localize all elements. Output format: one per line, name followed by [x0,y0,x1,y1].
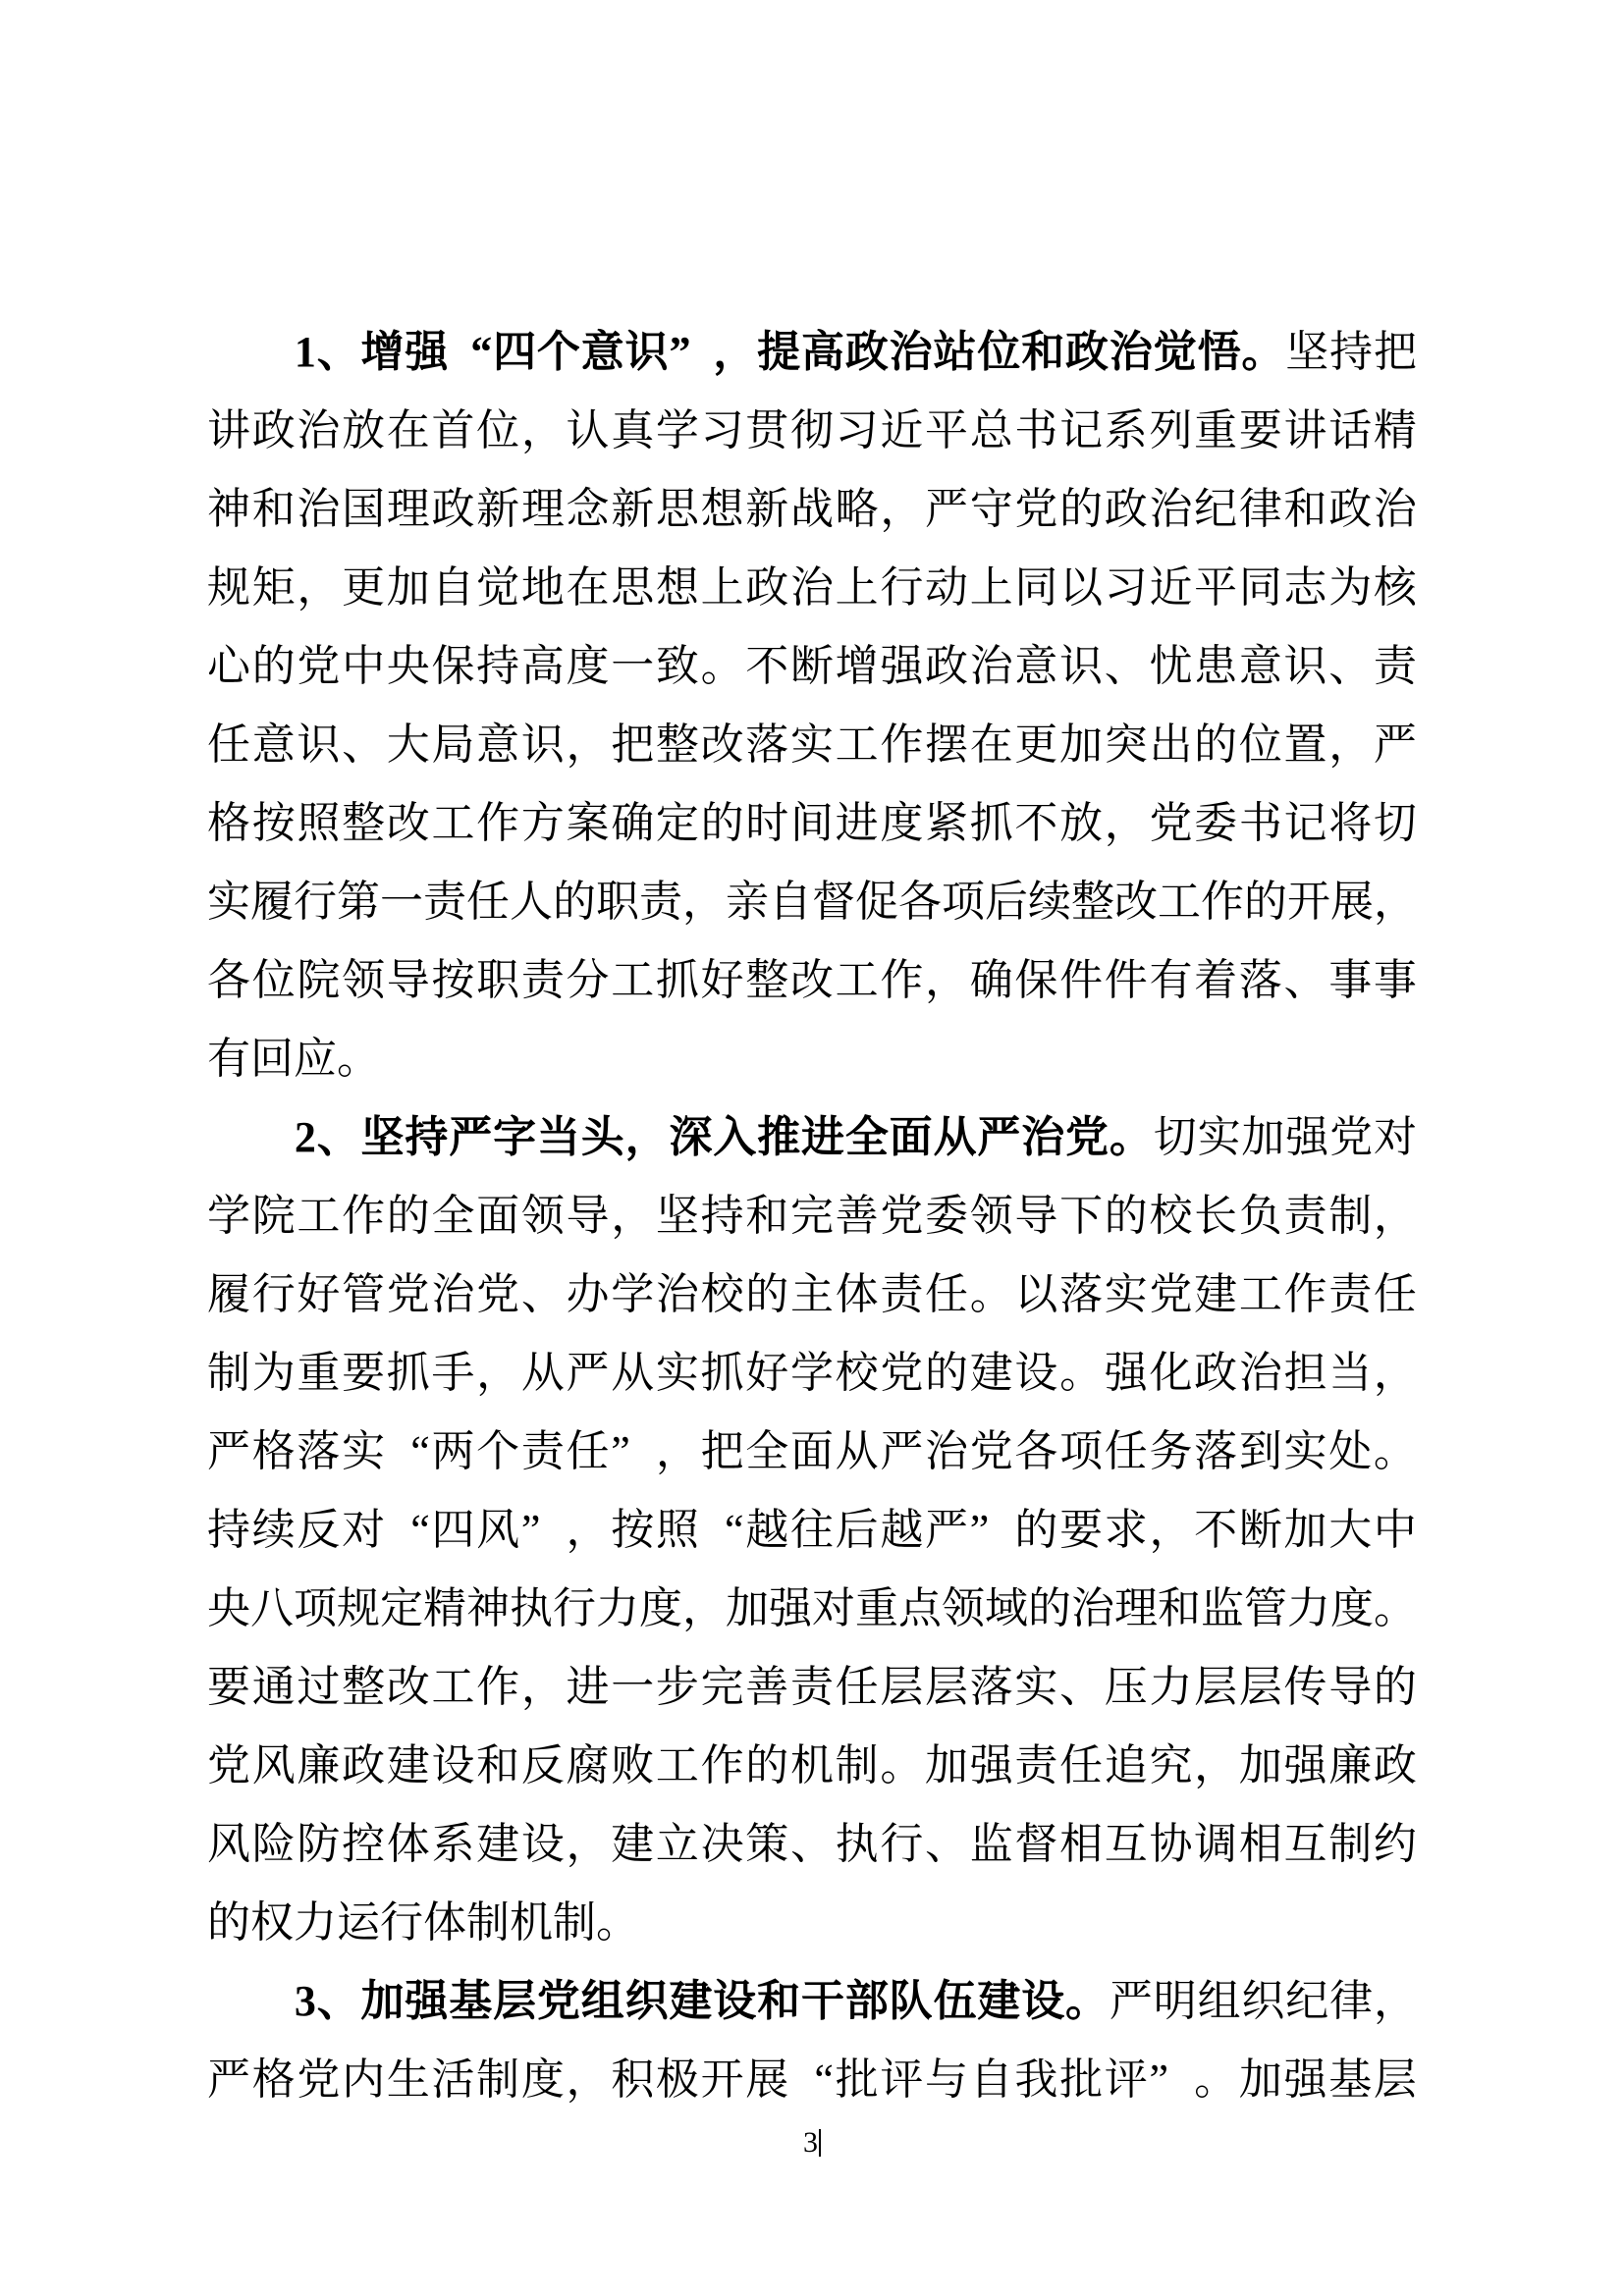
first-line-indent [207,2002,294,2002]
body-char: 工 [656,1727,699,1805]
body-char: 各 [207,941,250,1020]
body-char: 意 [476,706,519,784]
body-char: 的 [1028,1570,1071,1648]
body-char: 责 [790,1648,834,1727]
body-char: 治 [1239,1334,1282,1413]
heading-char: ， [713,313,756,392]
body-char: 作 [342,1177,385,1255]
body-char: 和 [745,1177,788,1255]
body-char: 制 [1328,1177,1372,1255]
body-char: 书 [1014,392,1057,470]
body-char: 领 [521,1177,565,1255]
text-line: 实履行第一责任人的职责，亲自督促各项后续整改工作的开展， [207,863,1417,941]
body-char: 紧 [925,784,968,863]
body-char: 决 [701,1805,744,1884]
document-body: 1、增强“四个意识”，提高政治站位和政治觉悟。坚持把讲政治放在首位，认真学习贯彻… [207,313,1417,2119]
body-char: 近 [880,392,923,470]
body-char: 严 [925,470,968,549]
body-char: 防 [297,1805,340,1884]
body-char: 格 [207,784,250,863]
body-char: 党 [970,1413,1013,1491]
body-char: 完 [790,1177,834,1255]
body-char: 校 [836,1334,879,1413]
body-char: 。 [1374,1413,1417,1491]
heading-char: 队 [890,1962,933,2041]
body-char: 坚 [1285,313,1328,392]
body-char: 摆 [925,706,968,784]
body-char: 好 [745,1334,788,1413]
heading-char: 头 [581,1098,624,1177]
text-line: 严格党内生活制度，积极开展“批评与自我批评”。加强基层 [207,2041,1417,2119]
heading-char: 强 [405,313,448,392]
body-char: 的 [207,1884,250,1962]
body-char: 精 [423,1570,466,1648]
body-char: 实 [207,863,250,941]
body-char: ， [1374,1962,1417,2041]
text-line: 各位院领导按职责分工抓好整改工作，确保件件有着落、事事 [207,941,1417,1020]
body-char: 任 [1105,1413,1148,1491]
body-char: 地 [521,549,565,627]
body-char: 照 [656,1491,699,1570]
body-char: 出 [1149,706,1192,784]
body-char: 。 [337,1020,380,1098]
body-char: 党 [1149,784,1192,863]
body-char: 明 [1154,1962,1197,2041]
body-char: 开 [701,2041,744,2119]
body-char: 开 [1287,863,1330,941]
heading-char: 觉 [1154,313,1197,392]
body-char: 不 [1014,784,1057,863]
body-char: “ [790,2041,834,2119]
text-line: 风险防控体系建设，建立决策、执行、监督相互协调相互制约 [207,1805,1417,1884]
body-char: 实 [656,1334,699,1413]
body-char: 党 [387,1255,430,1334]
body-char: ， [567,1491,610,1570]
body-char: 导 [387,941,430,1020]
body-char: 力 [1149,1648,1192,1727]
body-char: 严 [880,1413,923,1491]
body-char: 、 [1105,627,1148,706]
body-char: 讲 [207,392,250,470]
paragraph-3: 3、加强基层党组织建设和干部队伍建设。严明组织纪律，严格党内生活制度，积极开展“… [207,1962,1417,2119]
body-char: 通 [252,1648,296,1727]
body-char: 强 [970,1727,1013,1805]
body-char: 持 [701,1177,744,1255]
body-char: 建 [1194,1255,1237,1334]
text-line: 持续反对“四风”，按照“越往后越严”的要求，不断加大中 [207,1491,1417,1570]
body-char: 设 [1014,1334,1057,1413]
body-char: 确 [970,941,1013,1020]
heading-char: 持 [405,1098,448,1177]
body-char: 格 [252,2041,296,2119]
body-char: 识 [1059,627,1103,706]
body-char: 责 [521,1413,565,1491]
body-char: 处 [1328,1413,1372,1491]
body-char: 实 [1105,1255,1148,1334]
body-char: 行 [880,549,923,627]
body-char: 项 [942,863,985,941]
body-char: 持 [1329,313,1373,392]
body-char: 照 [297,784,340,863]
body-char: 断 [790,627,834,706]
body-char: 习 [701,392,744,470]
heading-char: 高 [801,313,844,392]
body-char: ” [521,1491,565,1570]
body-char: 理 [387,470,430,549]
heading-char: 加 [361,1962,405,2041]
body-char: 加 [726,1570,769,1648]
body-char: 建 [476,1805,519,1884]
heading-char: 设 [1021,1962,1064,2041]
body-char: 将 [1328,784,1372,863]
body-char: 工 [431,1648,474,1727]
body-char: 贯 [745,392,788,470]
body-char: 领 [342,941,385,1020]
body-char: 强 [1284,2041,1327,2119]
body-char: ， [682,1570,726,1648]
body-char: 领 [942,1570,985,1648]
body-char: 政 [431,470,474,549]
text-line: 的权力运行体制机制。 [207,1884,1417,1962]
body-char: 断 [1239,1491,1282,1570]
body-char: 理 [521,470,565,549]
heading-char: 四 [493,313,536,392]
body-char: 案 [567,784,610,863]
body-char: 的 [925,1334,968,1413]
body-char: 职 [596,863,639,941]
body-char: 层 [925,1648,968,1727]
body-char: 两 [431,1413,474,1491]
body-char: 放 [342,392,385,470]
heading-char: ， [625,1098,669,1177]
body-char: 的 [745,1255,788,1334]
body-char: 治 [790,549,834,627]
body-char: 讲 [1284,392,1327,470]
body-char: 念 [567,470,610,549]
body-char: 项 [1059,1413,1103,1491]
body-char: 按 [611,1491,654,1570]
body-char: 有 [1149,941,1192,1020]
body-char: 作 [701,1727,744,1805]
heading-char: 建 [977,1962,1020,2041]
body-char: 为 [1328,549,1372,627]
heading-char: 严 [449,1098,492,1177]
body-char: 层 [1374,2041,1417,2119]
body-char: 抓 [387,1334,430,1413]
body-char: 党 [207,1727,250,1805]
body-char: 改 [701,706,744,784]
body-char: 域 [985,1570,1028,1648]
body-char: ， [521,392,565,470]
body-char: 、 [925,1805,968,1884]
body-char: 央 [207,1570,250,1648]
body-char: ， [1328,706,1372,784]
body-char: 更 [342,549,385,627]
body-char: 体 [423,1884,466,1962]
body-char: 想 [701,470,744,549]
body-char: 落 [1194,1413,1237,1491]
body-char: 实 [790,706,834,784]
body-char: 重 [297,1334,340,1413]
body-char: 责 [639,863,682,941]
body-char: 定 [380,1570,423,1648]
body-char: 导 [567,1177,610,1255]
body-char: 严 [1374,706,1417,784]
body-char: 改 [790,941,834,1020]
body-char: 从 [836,1413,879,1491]
body-char: 觉 [476,549,519,627]
body-char: 置 [1284,706,1327,784]
heading-char: 强 [405,1962,448,2041]
body-char: 定 [656,784,699,863]
paragraph-1: 1、增强“四个意识”，提高政治站位和政治觉悟。坚持把讲政治放在首位，认真学习贯彻… [207,313,1417,1098]
body-char: 治 [297,470,340,549]
body-char: 实 [342,1413,385,1491]
body-char: 力 [596,1570,639,1648]
body-char: 动 [925,549,968,627]
body-char: 列 [1149,392,1192,470]
body-char: 与 [925,2041,968,2119]
body-char: 想 [656,549,699,627]
body-char: 和 [252,470,296,549]
body-char: 度 [567,627,610,706]
heading-char: 基 [449,1962,492,2041]
body-char: 化 [1149,1334,1192,1413]
body-char: 过 [297,1648,340,1727]
body-char: 任 [567,1413,610,1491]
body-char: 作 [476,784,519,863]
body-char: 战 [790,470,834,549]
text-line: 制为重要抓手，从严从实抓好学校党的建设。强化政治担当， [207,1334,1417,1413]
body-char: 后 [985,863,1028,941]
body-char: 习 [836,392,879,470]
heading-char: 组 [581,1962,624,2041]
body-char: 和 [1284,470,1327,549]
body-char: 要 [1239,392,1282,470]
body-char: 进 [567,1648,610,1727]
body-char: 对 [812,1570,855,1648]
body-char: 局 [431,706,474,784]
text-line: 3、加强基层党组织建设和干部队伍建设。严明组织纪律， [207,1962,1417,2041]
body-char: 委 [925,1177,968,1255]
body-char: 工 [297,1177,340,1255]
body-char: 评 [880,2041,923,2119]
body-char: 批 [836,2041,879,2119]
body-char: 工 [611,941,654,1020]
body-char: 忧 [1149,627,1192,706]
body-char: 的 [1194,706,1237,784]
body-char: 事 [1374,941,1417,1020]
body-char: 责 [521,941,565,1020]
body-char: 的 [553,863,596,941]
heading-char: 2 [295,1098,316,1177]
body-char: 新 [476,470,519,549]
body-char: 政 [745,549,788,627]
body-char: 把 [1374,313,1417,392]
body-char: 严 [207,1413,250,1491]
body-char: 真 [611,392,654,470]
body-char: 新 [745,470,788,549]
body-char: 。 [596,1884,639,1962]
heading-char: 深 [669,1098,712,1177]
heading-char: ” [669,313,712,392]
body-char: 管 [1244,1570,1287,1648]
body-char: 持 [207,1491,250,1570]
body-char: 新 [611,470,654,549]
body-char: 事 [1328,941,1372,1020]
body-char: 学 [207,1177,250,1255]
body-char: 制 [476,2041,519,2119]
body-char: 理 [1114,1570,1158,1648]
body-char: 规 [337,1570,380,1648]
body-char: ， [521,1648,565,1727]
body-char: ， [297,549,340,627]
body-char: 善 [836,1177,879,1255]
paragraph-2: 2、坚持严字当头，深入推进全面从严治党。切实加强党对学院工作的全面领导，坚持和完… [207,1098,1417,1962]
body-char: 任 [1374,1255,1417,1334]
body-char: 政 [252,392,296,470]
page-footer: 3 [0,2118,1624,2167]
body-char: 管 [342,1255,385,1334]
body-char: ， [880,470,923,549]
body-char: 督 [1014,1805,1057,1884]
body-char: 导 [1014,1177,1057,1255]
body-char: 分 [567,941,610,1020]
text-line: 央八项规定精神执行力度，加强对重点领域的治理和监管力度。 [207,1570,1417,1648]
body-char: 越 [880,1491,923,1570]
body-char: 批 [1059,2041,1103,2119]
heading-char: 层 [493,1962,536,2041]
body-char: 学 [790,1334,834,1413]
body-char: 加 [387,549,430,627]
body-char: 败 [611,1727,654,1805]
body-char: 作 [880,941,923,1020]
body-char: 任 [925,1255,968,1334]
body-char: 追 [1105,1727,1148,1805]
body-char: 履 [207,1255,250,1334]
body-char: 在 [387,392,430,470]
body-char: 律 [1329,1962,1373,2041]
heading-char: 政 [845,313,889,392]
text-line: 要通过整改工作，进一步完善责任层层落实、压力层层传导的 [207,1648,1417,1727]
body-char: 放 [1059,784,1103,863]
body-char: 、 [521,1255,565,1334]
body-char: 极 [656,2041,699,2119]
heading-char: 干 [801,1962,844,2041]
body-char: 监 [1201,1570,1244,1648]
body-char: 制 [836,1727,879,1805]
body-char: ， [567,1805,610,1884]
body-char: 从 [611,1334,654,1413]
first-line-indent [207,1138,294,1139]
body-char: 风 [476,1491,519,1570]
body-char: 内 [342,2041,385,2119]
body-char: 意 [1239,627,1282,706]
body-char: 政 [1105,470,1148,549]
body-char: 时 [745,784,788,863]
body-char: 平 [1194,549,1237,627]
body-char: ， [1374,1177,1417,1255]
body-char: 反 [521,1727,565,1805]
body-char: 评 [1105,2041,1148,2119]
body-char: 治 [1071,1570,1114,1648]
body-char: 办 [567,1255,610,1334]
text-line: 任意识、大局意识，把整改落实工作摆在更加突出的位置，严 [207,706,1417,784]
heading-char: 、 [317,313,360,392]
body-char: 制 [1328,1805,1372,1884]
body-char: 识 [297,706,340,784]
body-char: 设 [431,1727,474,1805]
body-char: 落 [970,1648,1013,1727]
body-char: 学 [656,392,699,470]
body-char: 一 [611,1648,654,1727]
text-line: 格按照整改工作方案确定的时间进度紧抓不放，党委书记将切 [207,784,1417,863]
heading-char: 和 [757,1962,800,2041]
body-char: 任 [207,706,250,784]
body-char: 展 [1330,863,1374,941]
body-char: 核 [1374,549,1417,627]
body-char: 监 [970,1805,1013,1884]
body-char: 生 [387,2041,430,2119]
body-char: 工 [1158,863,1201,941]
body-char: 善 [745,1648,788,1727]
body-char: 保 [1014,941,1057,1020]
body-char: 党 [1149,1255,1192,1334]
body-char: 职 [476,941,519,1020]
body-char: ， [611,1177,654,1255]
body-char: 执 [836,1805,879,1884]
body-char: 和 [476,1727,519,1805]
body-char: 续 [252,1491,296,1570]
body-char: 立 [656,1805,699,1884]
body-char: 各 [1014,1413,1057,1491]
body-char: 责 [1284,1177,1327,1255]
body-char: 党 [476,1255,519,1334]
heading-char: 。 [1241,313,1284,392]
body-char: 规 [207,549,250,627]
body-char: 协 [1149,1805,1192,1884]
text-line: 党风廉政建设和反腐败工作的机制。加强责任追究，加强廉政 [207,1727,1417,1805]
body-char: 方 [521,784,565,863]
page-number: 3 [803,2118,818,2167]
body-char: 意 [1014,627,1057,706]
body-char: 的 [387,1177,430,1255]
body-char: 手 [431,1334,474,1413]
text-line: 1、增强“四个意识”，提高政治站位和政治觉悟。坚持把 [207,313,1417,392]
body-char: 强 [1284,1727,1327,1805]
body-char: 我 [1014,2041,1057,2119]
body-char: 好 [701,941,744,1020]
body-char: 任 [1059,1727,1103,1805]
body-char: 廉 [1328,1727,1372,1805]
body-char: 面 [476,1177,519,1255]
body-char: 按 [252,784,296,863]
body-char: 建 [387,1727,430,1805]
body-char: 更 [1014,706,1057,784]
text-line: 心的党中央保持高度一致。不断增强政治意识、忧患意识、责 [207,627,1417,706]
body-char: 越 [745,1491,788,1570]
body-char: 纪 [1285,1962,1328,2041]
heading-char: 当 [537,1098,580,1177]
body-char: 务 [1149,1413,1192,1491]
body-char: 行 [553,1570,596,1648]
body-char: 责 [880,1255,923,1334]
body-char: 神 [466,1570,510,1648]
body-char: ， [476,1334,519,1413]
body-char: 度 [1330,1570,1374,1648]
body-char: 党 [880,1177,923,1255]
body-char: 和 [1158,1570,1201,1648]
